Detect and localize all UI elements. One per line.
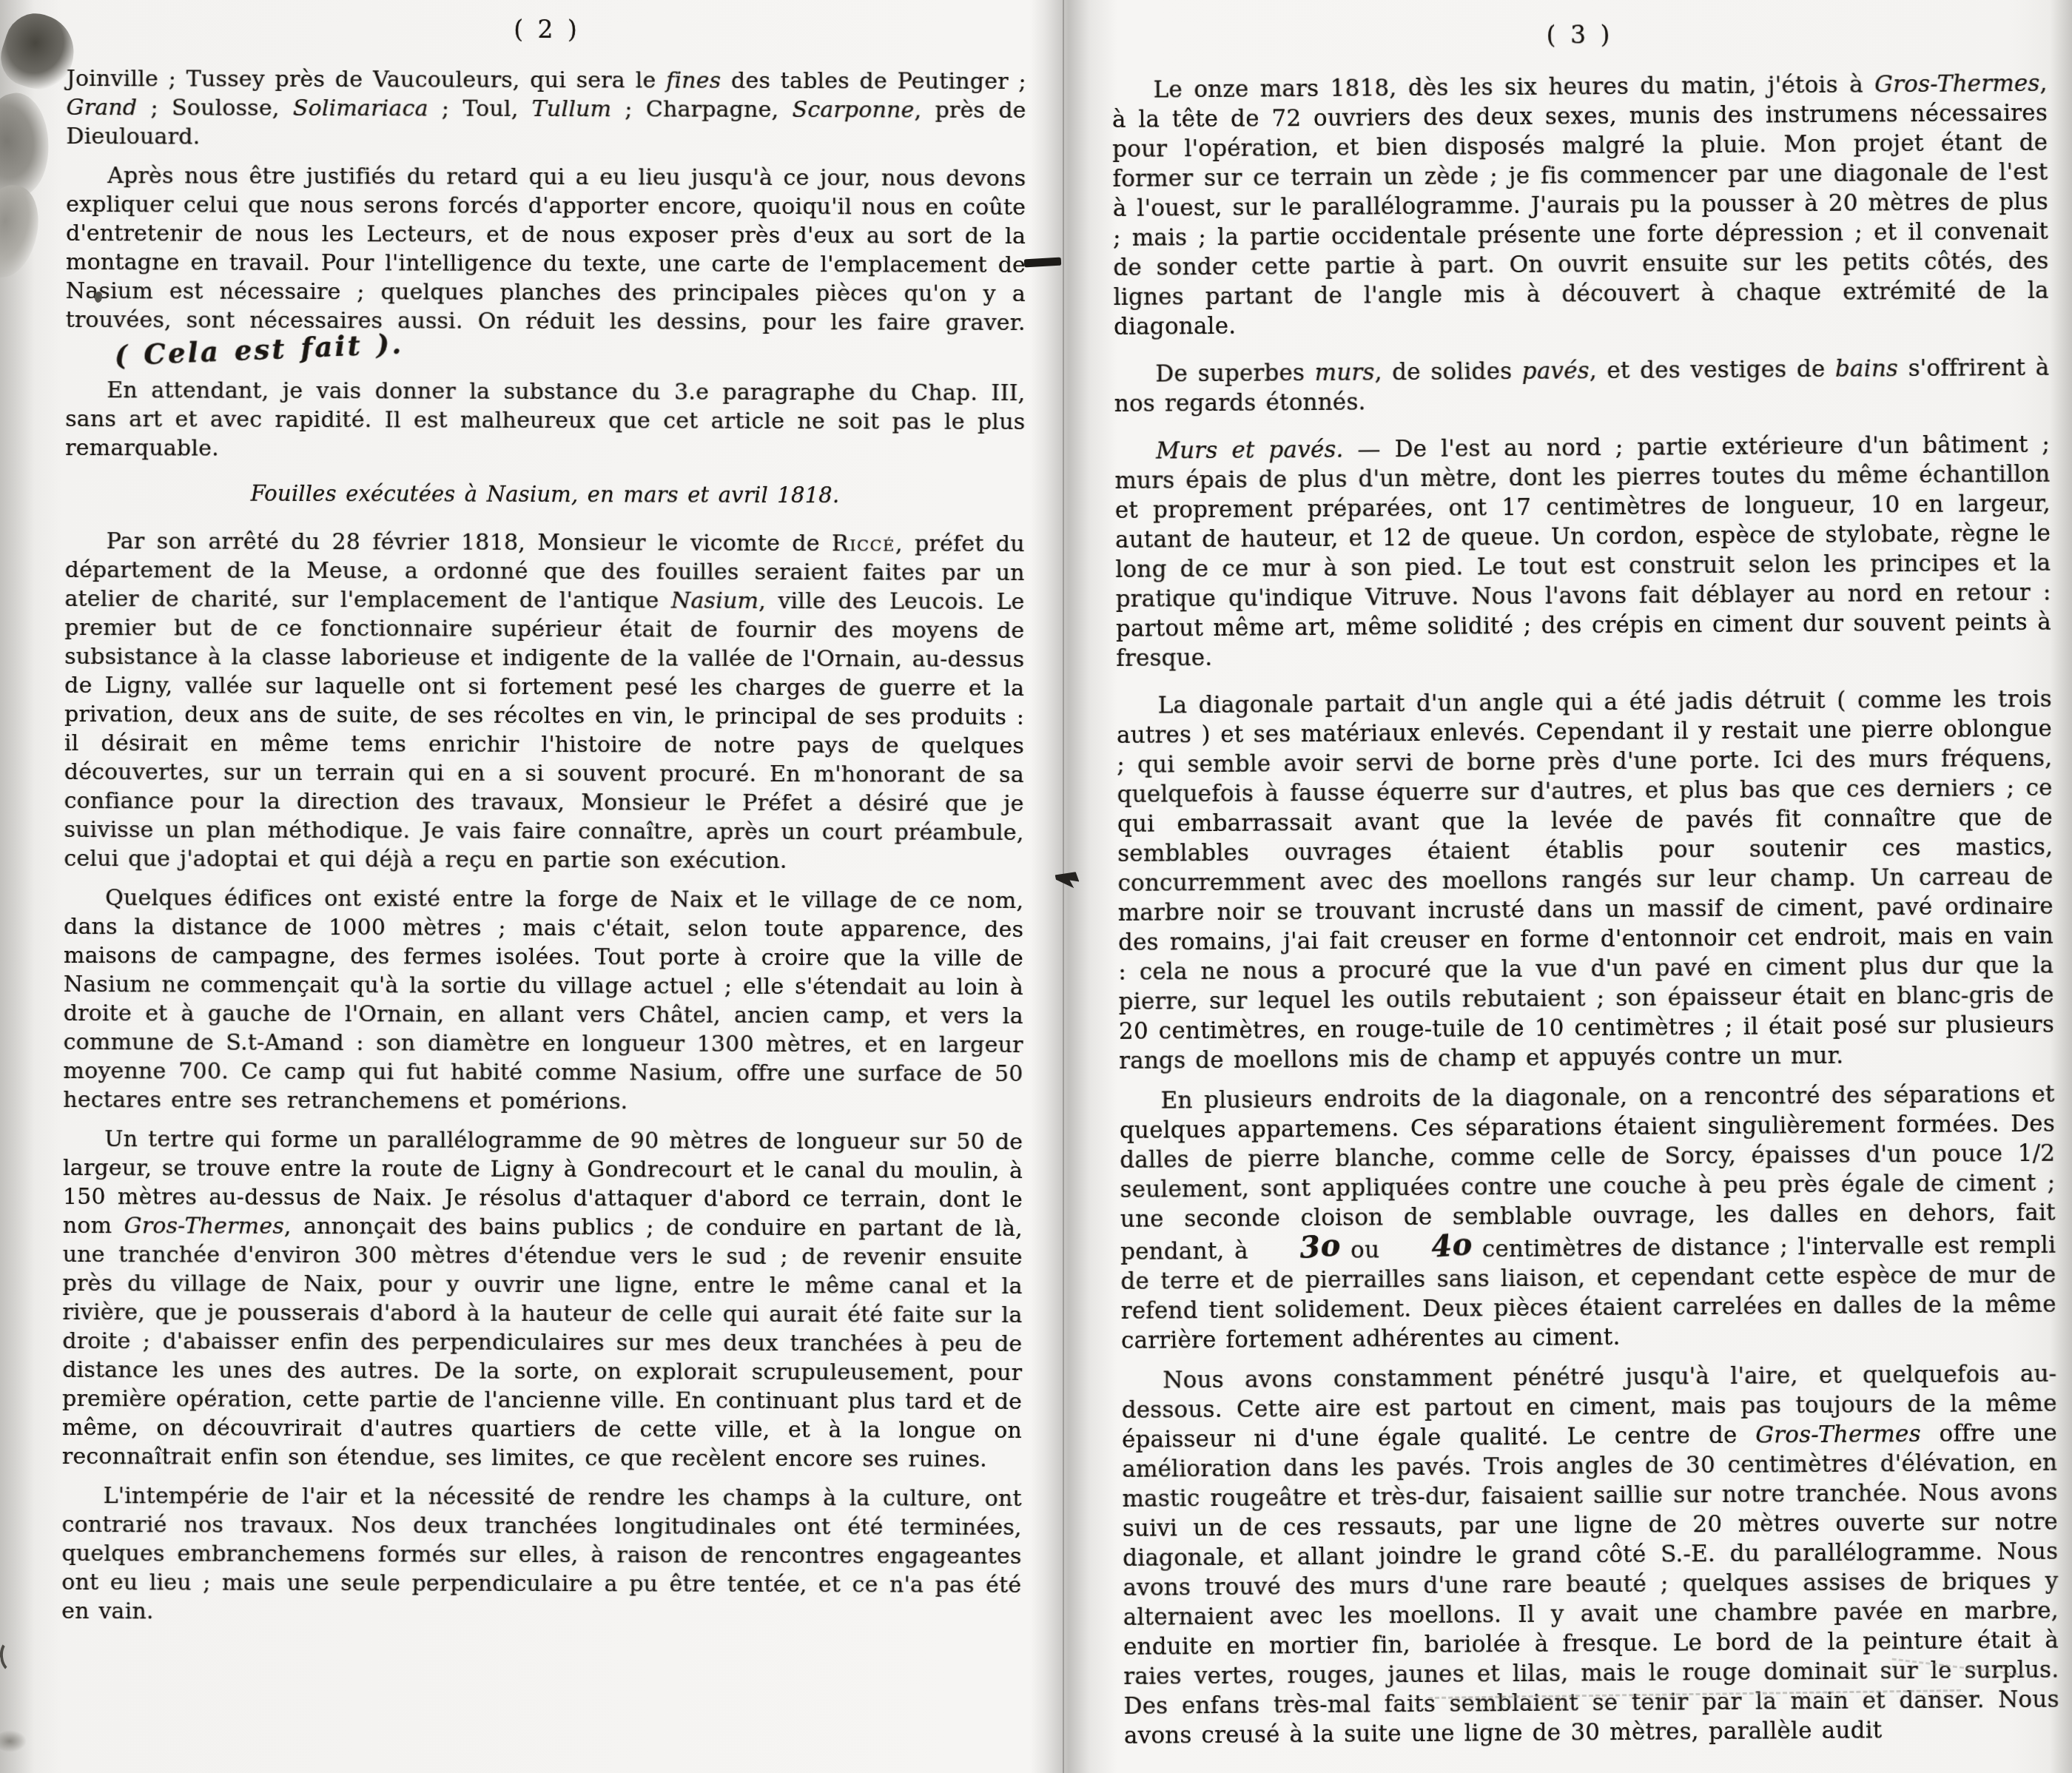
text-segment: Grand [67,95,138,121]
text-segment: Riccé [832,531,895,556]
text-segment: , de solides [1375,358,1522,386]
text-segment: ; Charpagne, [611,96,792,123]
page-right-content: ( 3 ) Le onze mars 1818, dès les six heu… [1111,17,2059,1751]
paragraph: En attendant, je vais donner la substanc… [65,376,1025,465]
page-left: ( 2 ) Joinville ; Tussey près de Vaucoul… [0,0,1040,1773]
text-segment: Solimariaca [293,95,428,122]
section-heading: Fouilles exécutées à Nasium, en mars et … [65,479,1025,511]
text-segment: murs [1315,359,1375,386]
text-segment: La diagonale partait d'un angle qui a ét… [1117,686,2054,1074]
text-segment: ou [1341,1237,1390,1263]
text-segment: Gros-Thermes [1874,70,2040,98]
text-segment: , ville des Leucois. Le premier but de c… [64,588,1024,874]
text-segment: En attendant, je vais donner la substanc… [65,377,1025,461]
text-segment: bains [1835,355,1898,383]
text-segment: 3o [1257,1230,1342,1265]
text-segment: Scarponne [792,97,914,124]
page-left-content: ( 2 ) Joinville ; Tussey près de Vaucoul… [61,13,1026,1629]
text-segment: Murs et pavés. [1156,437,1344,465]
text-segment: Le onze mars 1818, dès les six heures du… [1154,71,1875,103]
paragraph: La diagonale partait d'un angle qui a ét… [1117,684,2055,1076]
paragraph: Joinville ; Tussey près de Vaucouleurs, … [66,64,1026,154]
text-segment: — De l'est au nord ; partie extérieure d… [1114,431,2051,672]
text-segment: pavés [1522,357,1590,385]
paragraph: Quelques édifices ont existé entre la fo… [63,884,1023,1117]
text-segment: Fouilles exécutées à Nasium, en mars et … [251,481,840,508]
paragraph: De superbes murs, de solides pavés, et d… [1114,353,2050,419]
paragraph: Un tertre qui forme un parallélogramme d… [62,1125,1023,1474]
gutter-ink-mark [1053,868,1081,889]
text-segment: Gros-Thermes [1755,1421,1921,1449]
text-segment: Après nous être justifiés du retard qui … [66,163,1026,336]
text-segment: Nasium [671,588,758,614]
page-right: ( 3 ) Le onze mars 1818, dès les six heu… [1109,0,2072,1773]
text-segment: Par son arrêté du 28 février 1818, Monsi… [107,528,832,556]
page-number-right: ( 3 ) [1111,17,2047,53]
text-segment: des tables de Peutinger ; [721,68,1026,95]
text-segment: ( Cela est fait ). [73,329,404,372]
text-segment: offre une amélioration dans les pavés. T… [1122,1420,2059,1749]
text-segment: ; Soulosse, [137,95,293,121]
text-segment: Joinville ; Tussey près de Vaucouleurs, … [67,66,667,94]
text-segment: L'intempérie de l'air et la nécessité de… [61,1483,1022,1624]
text-segment: Gros-Thermes [124,1213,284,1239]
text-segment: Tullum [532,96,612,122]
text-segment: , à la tête de 72 ouvriers des deux sexe… [1112,70,2049,340]
paragraph: Le onze mars 1818, dès les six heures du… [1112,69,2050,342]
page-number-left: ( 2 ) [67,13,1026,45]
text-segment: ; Toul, [428,95,532,121]
text-segment: , annonçait des bains publics ; de condu… [62,1214,1023,1473]
paragraph: Par son arrêté du 28 février 1818, Monsi… [64,527,1024,876]
paragraph: En plusieurs endroits de la diagonale, o… [1120,1080,2057,1356]
gutter-ink-dash [1024,258,1062,268]
text-segment: Quelques édifices ont existé entre la fo… [63,885,1023,1114]
text-segment: fines [666,68,721,94]
text-segment: , et des vestiges de [1590,356,1835,384]
paragraph: Murs et pavés. — De l'est au nord ; part… [1114,430,2051,673]
paragraph: L'intempérie de l'air et la nécessité de… [61,1481,1022,1629]
text-segment: De superbes [1155,360,1315,388]
book-scan: ( 2 ) Joinville ; Tussey près de Vaucoul… [0,0,2072,1773]
text-segment: 4o [1388,1229,1473,1265]
paragraph: Après nous être justifiés du retard qui … [66,161,1026,369]
